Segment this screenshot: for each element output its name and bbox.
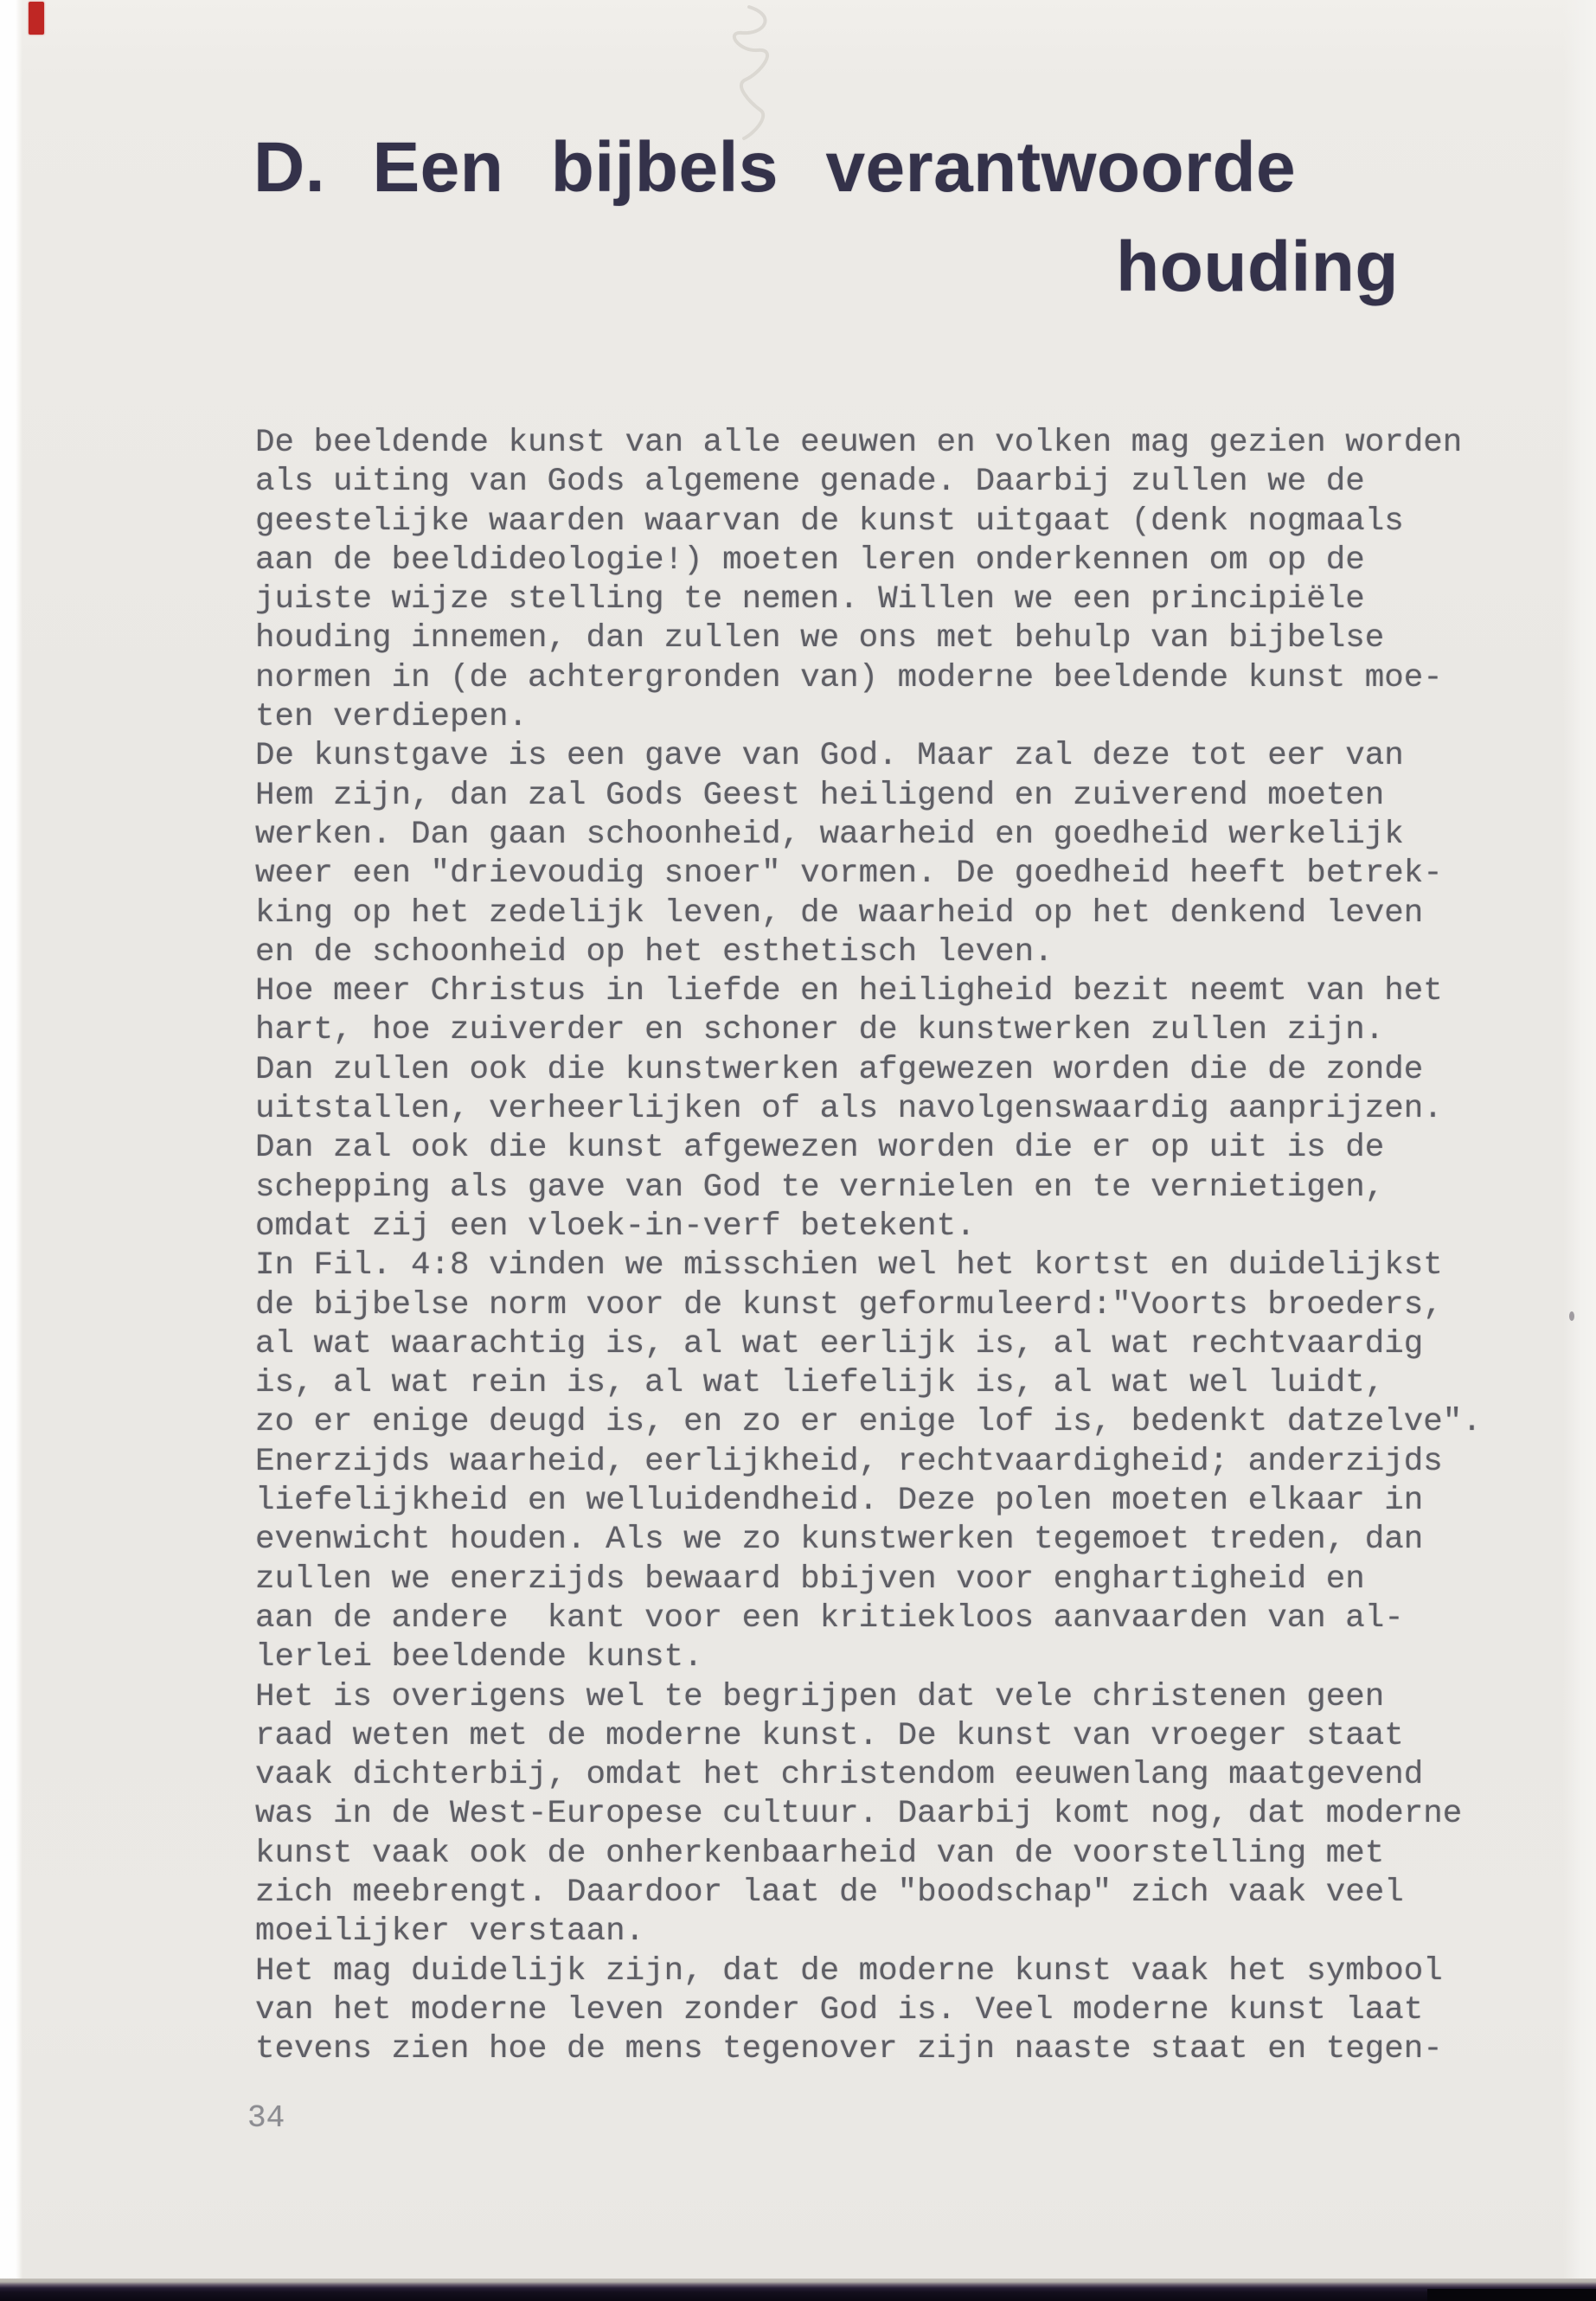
ink-speck: [1569, 1311, 1574, 1321]
page-right-edge: [1563, 0, 1596, 2301]
scan-left-edge: [0, 0, 22, 2301]
page-number: 34: [247, 2100, 285, 2136]
scan-bottom-edge: [0, 2279, 1596, 2301]
scanned-book-page: D. Een bijbels verantwoorde houding De b…: [0, 0, 1596, 2301]
red-mark: [29, 2, 44, 35]
heading-line-2: houding: [253, 217, 1399, 317]
heading-line-1: D. Een bijbels verantwoorde: [253, 118, 1399, 217]
chapter-heading: D. Een bijbels verantwoorde houding: [253, 118, 1399, 317]
body-text: De beeldende kunst van alle eeuwen en vo…: [255, 424, 1482, 2069]
